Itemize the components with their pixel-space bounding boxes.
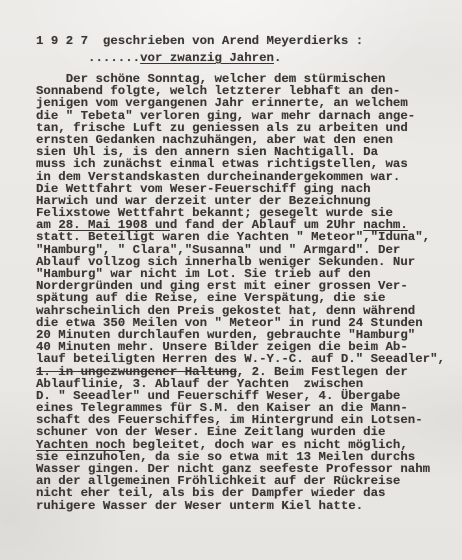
text-segment: . (274, 51, 281, 65)
underlined-text: vor zwanzig Jahren (140, 51, 274, 65)
text-line: ruhigere Wasser der Weser unterm Kiel ha… (36, 500, 448, 512)
text-line: 1 9 2 7 geschrieben von Arend Meyerdierk… (36, 33, 448, 50)
typewritten-page: 1 9 2 7 geschrieben von Arend Meyerdierk… (36, 33, 448, 512)
text-segment: ruhigere Wasser der Weser unterm Kiel ha… (36, 499, 363, 513)
text-segment: 1 9 2 7 geschrieben von Arend Meyerdierk… (36, 34, 363, 48)
text-line: .......vor zwanzig Jahren. (36, 50, 448, 67)
text-segment: ....... (36, 51, 140, 65)
